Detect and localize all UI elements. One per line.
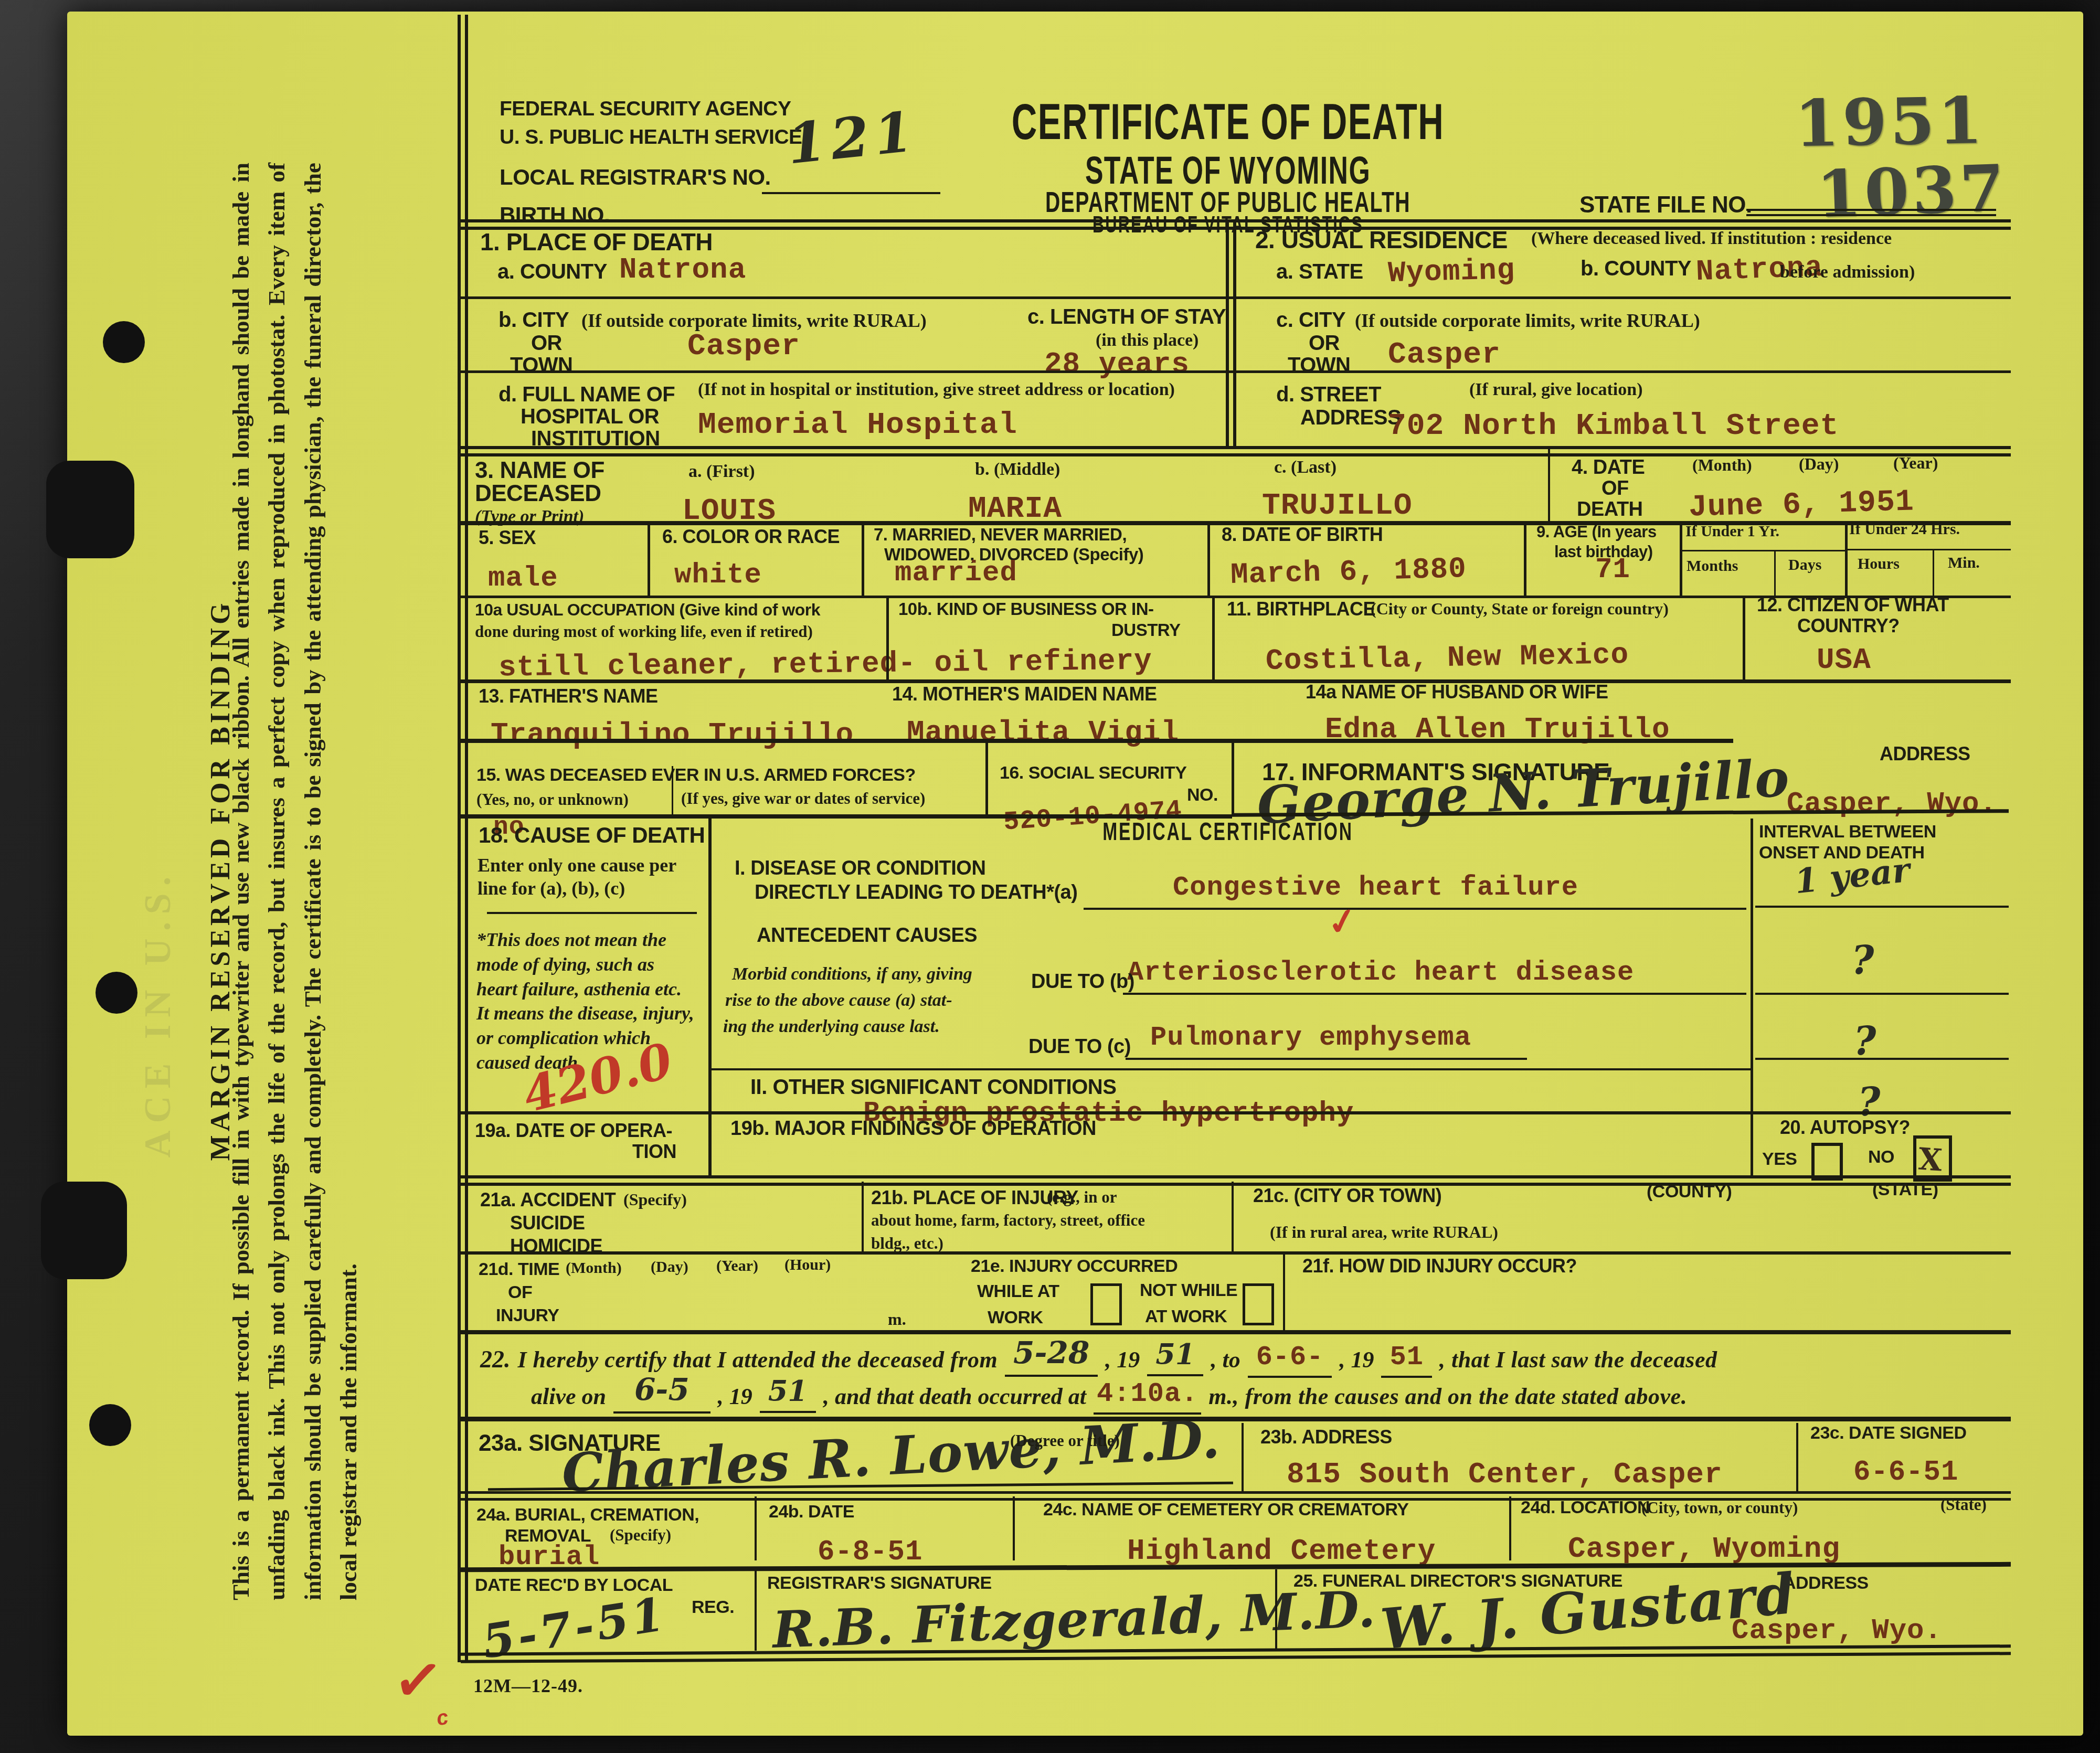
s24c-value: Highland Cemetery	[1127, 1534, 1436, 1568]
s24b-value: 6-8-51	[818, 1536, 922, 1568]
s9-months-label: Months	[1687, 557, 1738, 575]
s9-u1-subline	[1680, 550, 1845, 551]
not-while-at-work-checkbox	[1243, 1283, 1274, 1325]
s1a-label: a. COUNTY	[497, 260, 607, 284]
div-6-7	[862, 522, 864, 596]
s19b-label: 19b. MAJOR FINDINGS OF OPERATION	[730, 1118, 1096, 1140]
certify-t7: , 19	[718, 1383, 752, 1410]
s2b-label: b. COUNTY	[1581, 257, 1691, 281]
s14-label: 14. MOTHER'S MAIDEN NAME	[892, 683, 1157, 705]
funeral-address-label: ADDRESS	[1783, 1573, 1869, 1593]
s6-label: 6. COLOR OR RACE	[662, 526, 840, 548]
punch-hole-top	[103, 321, 145, 363]
s14a-label: 14a NAME OF HUSBAND OR WIFE	[1306, 681, 1608, 703]
interval-header1: INTERVAL BETWEEN	[1759, 822, 1936, 842]
s2c-label: c. CITY	[1276, 309, 1345, 332]
certify-t5: , that I last saw the deceased	[1439, 1346, 1717, 1373]
s18-separator	[487, 912, 697, 914]
certify-t6: alive on	[531, 1383, 606, 1410]
interval-c-rule	[1755, 1058, 2009, 1060]
s21d-hour: (Hour)	[784, 1256, 831, 1274]
div-hours-min	[1933, 549, 1934, 596]
s21d-year: (Year)	[716, 1257, 758, 1275]
form-code: 12M—12-49.	[473, 1675, 583, 1697]
s2d-label2: ADDRESS	[1300, 406, 1401, 430]
s9-u24-label: If Under 24 Hrs.	[1849, 520, 1960, 538]
s2-note1: (Where deceased lived. If institution : …	[1531, 229, 1892, 249]
s10-value: still cleaner, retired- oil refinery	[499, 644, 1152, 684]
s7-label1: 7. MARRIED, NEVER MARRIED,	[874, 525, 1127, 545]
autopsy-no-label: NO	[1868, 1147, 1894, 1167]
s1b-note: (If outside corporate limits, write RURA…	[581, 310, 927, 332]
s23a-degree: (Degree or title)	[1010, 1431, 1120, 1450]
s24d-note: (City, town, or county)	[1641, 1499, 1798, 1517]
s1d-value: Memorial Hospital	[698, 408, 1017, 442]
div-10b-11	[1212, 596, 1215, 679]
while-at-work-checkbox	[1090, 1283, 1122, 1325]
s21c-state: (STATE)	[1872, 1180, 1938, 1200]
s1d-label2: HOSPITAL OR	[521, 405, 659, 429]
s1b-or: OR	[531, 332, 562, 355]
certify-alive-yr: 51	[768, 1374, 808, 1408]
div-21b-21c	[1232, 1182, 1234, 1251]
binding-notch-upper	[46, 461, 134, 558]
s10b-label1: 10b. KIND OF BUSINESS OR IN-	[898, 599, 1154, 619]
div-24c-24d	[1509, 1496, 1511, 1560]
div-u1-u24	[1845, 522, 1848, 596]
s1-bottom-rule	[461, 446, 2011, 456]
s21d-day: (Day)	[651, 1258, 688, 1276]
s18-title: 18. CAUSE OF DEATH	[479, 823, 705, 848]
s3-title2: DECEASED	[475, 481, 601, 507]
div-21a-21b	[862, 1182, 864, 1251]
s12-value: USA	[1817, 643, 1871, 677]
s20-label: 20. AUTOPSY?	[1780, 1117, 1910, 1139]
s11-note: (City or County, State or foreign countr…	[1371, 599, 1669, 619]
med-cause-a: Congestive heart failure	[1173, 872, 1578, 903]
s21b-note3: bldg., etc.)	[871, 1234, 943, 1253]
s21e-while1: WHILE AT	[977, 1281, 1059, 1302]
med-line-c-rule	[1126, 1058, 1527, 1060]
s3-last-label: c. (Last)	[1274, 458, 1337, 477]
s10b-label2: DUSTRY	[1111, 620, 1180, 640]
autopsy-no-x-mark: X	[1917, 1141, 1944, 1178]
med-line-b-rule	[1123, 993, 1746, 995]
registrar-sig-label: REGISTRAR'S SIGNATURE	[767, 1573, 992, 1593]
med-due-b: DUE TO (b)	[1031, 971, 1134, 993]
s15-note1: (Yes, no, or unknown)	[476, 790, 629, 809]
faint-stamp: ACE IN U.S.	[136, 764, 179, 1263]
local-registrar-line	[762, 192, 940, 194]
certify-time-value: 4:10a.	[1097, 1378, 1198, 1409]
certificate-title: CERTIFICATE OF DEATH	[971, 93, 1485, 151]
med-antecedent: ANTECEDENT CAUSES	[757, 925, 977, 947]
s10a-label1: 10a USUAL OCCUPATION (Give kind of work	[475, 600, 820, 620]
s4-label1: 4. DATE	[1572, 456, 1645, 479]
div-23b-23c	[1796, 1423, 1798, 1491]
div-interval	[1751, 819, 1753, 1175]
div-11-12	[1743, 596, 1745, 679]
s21d-month: (Month)	[566, 1259, 622, 1277]
s10a-label2: done during most of working life, even i…	[475, 622, 813, 641]
s1b-label: b. CITY	[499, 309, 569, 332]
s2c-town: TOWN	[1288, 354, 1350, 377]
row10-bottom-rule	[461, 679, 2011, 683]
s23c-label: 23c. DATE SIGNED	[1810, 1423, 1966, 1443]
informant-address-header: ADDRESS	[1880, 743, 1970, 765]
div-registrar-funeral	[1275, 1569, 1277, 1651]
s3-s4-divider	[1548, 449, 1550, 523]
s24a-label1: 24a. BURIAL, CREMATION,	[476, 1505, 699, 1525]
row13-bottom-rule	[461, 739, 1733, 743]
s9-days-label: Days	[1788, 556, 1821, 574]
s2a-value: Wyoming	[1387, 253, 1515, 290]
certify-to-yr: 51	[1390, 1342, 1423, 1373]
interval-b-value: ?	[1851, 938, 1874, 983]
s21d-label2: OF	[508, 1282, 532, 1303]
s1c-value: 28 years	[1044, 347, 1190, 381]
div-18-left	[708, 815, 712, 1175]
s1-title: 1. PLACE OF DEATH	[480, 228, 713, 256]
med-line1a: I. DISEASE OR CONDITION	[735, 857, 985, 880]
state-file-line	[1746, 209, 1996, 216]
div-8-9	[1524, 522, 1526, 596]
med-due-c: DUE TO (c)	[1028, 1036, 1131, 1058]
local-registrar-no-value: 121	[784, 98, 921, 176]
certify-t1: I hereby certify that I attended the dec…	[518, 1346, 998, 1373]
s6-value: white	[674, 559, 762, 591]
div-10a-10b	[886, 596, 889, 679]
s4-day-label: (Day)	[1799, 454, 1839, 474]
div-recd-registrar	[755, 1569, 757, 1651]
med-cause-c: Pulmonary emphysema	[1150, 1022, 1471, 1053]
certify-no: 22.	[480, 1345, 511, 1373]
s9-value: 71	[1595, 554, 1630, 586]
div-7-8	[1207, 522, 1210, 596]
year-stamp: 1951	[1794, 82, 1986, 161]
certify-t9: m., from the causes and on the date stat…	[1208, 1383, 1687, 1410]
s14-value: Manuelita Vigil	[907, 716, 1179, 749]
s23b-value: 815 South Center, Casper	[1287, 1458, 1723, 1491]
s21c-note: (If in rural area, write RURAL)	[1270, 1223, 1498, 1242]
div-15-16	[985, 741, 988, 816]
s21e-label: 21e. INJURY OCCURRED	[971, 1256, 1178, 1277]
med-other-top-rule	[712, 1068, 1751, 1070]
s21b-note1: (e.g., in or	[1047, 1188, 1117, 1207]
punch-hole-bottom	[89, 1404, 131, 1446]
s9-label1: 9. AGE (In years	[1536, 523, 1657, 541]
med-other-label: II. OTHER SIGNIFICANT CONDITIONS	[750, 1076, 1116, 1099]
s2a-label: a. STATE	[1276, 260, 1363, 284]
div-21e-21f	[1283, 1255, 1285, 1330]
s1c-label: c. LENGTH OF STAY	[1027, 305, 1226, 329]
s3-first-label: a. (First)	[688, 462, 755, 482]
funeral-address-value: Casper, Wyo.	[1732, 1615, 1942, 1647]
s7-value: married	[895, 557, 1017, 589]
local-registrar-label: LOCAL REGISTRAR'S NO.	[500, 165, 771, 190]
s21d-label3: INJURY	[496, 1305, 559, 1326]
s13-label: 13. FATHER'S NAME	[479, 685, 657, 707]
med-cause-b: Arteriosclerotic heart disease	[1127, 957, 1634, 988]
margin-divider-rule	[458, 15, 468, 1662]
s11-label: 11. BIRTHPLACE	[1227, 598, 1375, 620]
s1b-value: Casper	[687, 330, 800, 364]
div-9-u1	[1680, 522, 1682, 596]
s2d-label1: d. STREET	[1276, 383, 1381, 407]
autopsy-yes-label: YES	[1762, 1149, 1797, 1170]
div-5-6	[648, 522, 650, 596]
s21f-label: 21f. HOW DID INJURY OCCUR?	[1302, 1255, 1577, 1277]
s3-last-value: TRUJILLO	[1262, 489, 1412, 523]
div-15-sub	[672, 766, 673, 816]
margin-note: This is a permanent record. If possible …	[223, 163, 407, 1600]
s4-month-label: (Month)	[1692, 455, 1752, 475]
s12-label2: COUNTRY?	[1797, 615, 1900, 637]
div-months-days	[1774, 550, 1776, 596]
s21e-not2: AT WORK	[1145, 1306, 1227, 1327]
death-certificate-scan: ACE IN U.S. MARGIN RESERVED FOR BINDING …	[0, 0, 2100, 1753]
s18-note1: Enter only one cause per	[478, 854, 676, 876]
s21c-county: (COUNTY)	[1647, 1182, 1732, 1202]
s2-title: 2. USUAL RESIDENCE	[1255, 226, 1508, 254]
s8-value: March 6, 1880	[1230, 552, 1467, 592]
s21c-label: 21c. (CITY OR TOWN)	[1253, 1185, 1441, 1207]
s12-label1: 12. CITIZEN OF WHAT	[1757, 594, 1949, 616]
s2c-or: OR	[1309, 332, 1340, 355]
div-24b-24c	[1013, 1496, 1015, 1560]
state-file-label: STATE FILE NO.	[1579, 192, 1752, 218]
s16-label1: 16. SOCIAL SECURITY	[1000, 763, 1186, 783]
certify-t4: , 19	[1339, 1346, 1374, 1373]
s24d-state: (State)	[1940, 1495, 1987, 1514]
s9-u24-subline	[1845, 549, 2011, 550]
s21e-while2: WORK	[988, 1308, 1043, 1328]
s23c-value: 6-6-51	[1853, 1457, 1958, 1489]
s1b-town: TOWN	[510, 354, 572, 377]
certify-line2: alive on 6-5 , 19 51 , and that death oc…	[531, 1376, 1687, 1415]
s21e-not1: NOT WHILE	[1140, 1280, 1237, 1301]
s2d-note: (If rural, give location)	[1469, 380, 1643, 400]
medical-cert-title: MEDICAL CERTIFICATION	[868, 817, 1588, 846]
agency-line2: U. S. PUBLIC HEALTH SERVICE	[500, 126, 802, 149]
s2d-value: 702 North Kimball Street	[1388, 409, 1839, 443]
s1d-note: (If not in hospital or institution, give…	[698, 380, 1175, 400]
s16-label2: NO.	[1187, 785, 1218, 805]
s1a-value: Natrona	[619, 253, 746, 286]
punch-hole-middle	[96, 972, 137, 1014]
s9-hours-label: Hours	[1858, 555, 1900, 573]
s21a-label: 21a. ACCIDENT	[480, 1189, 616, 1211]
s18-note2: line for (a), (b), (c)	[478, 877, 625, 899]
div-24a-24b	[755, 1496, 757, 1560]
s8-label: 8. DATE OF BIRTH	[1222, 524, 1383, 546]
s23b-label: 23b. ADDRESS	[1260, 1426, 1392, 1448]
s2-note2: before admission)	[1780, 262, 1915, 282]
certify-from-yr: 51	[1155, 1337, 1195, 1371]
agency-line1: FEDERAL SECURITY AGENCY	[500, 98, 791, 121]
s21b-note2: about home, farm, factory, street, offic…	[871, 1211, 1145, 1230]
row22-bottom-rule	[461, 1417, 2011, 1421]
medical-cert-title-text: MEDICAL CERTIFICATION	[1102, 818, 1353, 846]
row21def-bottom-rule	[461, 1330, 2011, 1334]
faint-stamp-text: ACE IN U.S.	[136, 869, 178, 1157]
s15-label: 15. WAS DECEASED EVER IN U.S. ARMED FORC…	[476, 765, 916, 785]
certify-t3: , to	[1211, 1346, 1240, 1373]
s18-bottom-rule	[461, 1111, 2011, 1114]
s4-value: June 6, 1951	[1688, 485, 1914, 525]
s4-label2: OF	[1601, 477, 1629, 500]
interval-b-rule	[1755, 993, 2009, 995]
s24a-spec: (Specify)	[610, 1526, 671, 1545]
certify-alive-value: 6-5	[634, 1372, 690, 1407]
s3-middle-label: b. (Middle)	[975, 460, 1060, 480]
s11-value: Costilla, New Mexico	[1265, 638, 1629, 678]
s2c-value: Casper	[1388, 338, 1501, 372]
s24c-label: 24c. NAME OF CEMETERY OR CREMATORY	[1043, 1500, 1408, 1520]
certify-from-value: 5-28	[1013, 1335, 1089, 1370]
s24d-label: 24d. LOCATION	[1521, 1497, 1650, 1518]
s24b-label: 24b. DATE	[769, 1502, 854, 1522]
med-line1b: DIRECTLY LEADING TO DEATH*(a)	[755, 881, 1077, 904]
interval-a-rule	[1755, 906, 2009, 908]
row19-bottom-rule	[461, 1175, 2011, 1186]
s9-u1-label: If Under 1 Yr.	[1685, 523, 1779, 540]
s9-min-label: Min.	[1948, 554, 1980, 572]
s5-value: male	[488, 562, 558, 594]
s21d-m: m.	[888, 1310, 906, 1329]
s15-note2: (If yes, give war or dates of service)	[681, 789, 925, 808]
binding-notch-lower	[41, 1182, 127, 1279]
s4-year-label: (Year)	[1893, 453, 1938, 473]
div-16-17	[1232, 741, 1234, 816]
s1-s2-divider	[1226, 219, 1236, 446]
s2c-note: (If outside corporate limits, write RURA…	[1355, 310, 1700, 332]
certify-t8: , and that death occurred at	[823, 1383, 1086, 1410]
row21abc-bottom-rule	[461, 1251, 2011, 1255]
recd-label2: REG.	[692, 1597, 734, 1618]
s19a-label2: TION	[632, 1141, 676, 1163]
div-23a-23b	[1242, 1423, 1244, 1491]
s5-label: 5. SEX	[479, 527, 536, 549]
s4-label3: DEATH	[1577, 498, 1643, 521]
certificate-title-text: CERTIFICATE OF DEATH	[1012, 94, 1444, 150]
s3-title1: 3. NAME OF	[475, 458, 604, 484]
med-morbid2: rise to the above cause (a) stat-	[725, 991, 952, 1011]
med-morbid1: Morbid conditions, if any, giving	[732, 964, 972, 984]
certify-to-value: 6-6-	[1256, 1342, 1324, 1373]
s21a-suicide: SUICIDE	[510, 1212, 585, 1234]
s19a-label1: 19a. DATE OF OPERA-	[475, 1120, 672, 1142]
s24d-value: Casper, Wyoming	[1568, 1532, 1840, 1566]
s1d-label1: d. FULL NAME OF	[499, 383, 675, 407]
s21a-spec: (Specify)	[623, 1190, 687, 1209]
certify-t2: , 19	[1105, 1346, 1140, 1373]
med-morbid3: ing the underlying cause last.	[723, 1017, 940, 1037]
s13-value: Tranquilino Trujillo	[491, 718, 854, 751]
med-line-a-rule	[1084, 908, 1746, 910]
informant-address-value: Casper, Wyo.	[1787, 788, 1997, 820]
s21d-label1: 21d. TIME	[479, 1259, 559, 1280]
red-check-bottom: ✓	[390, 1644, 446, 1717]
